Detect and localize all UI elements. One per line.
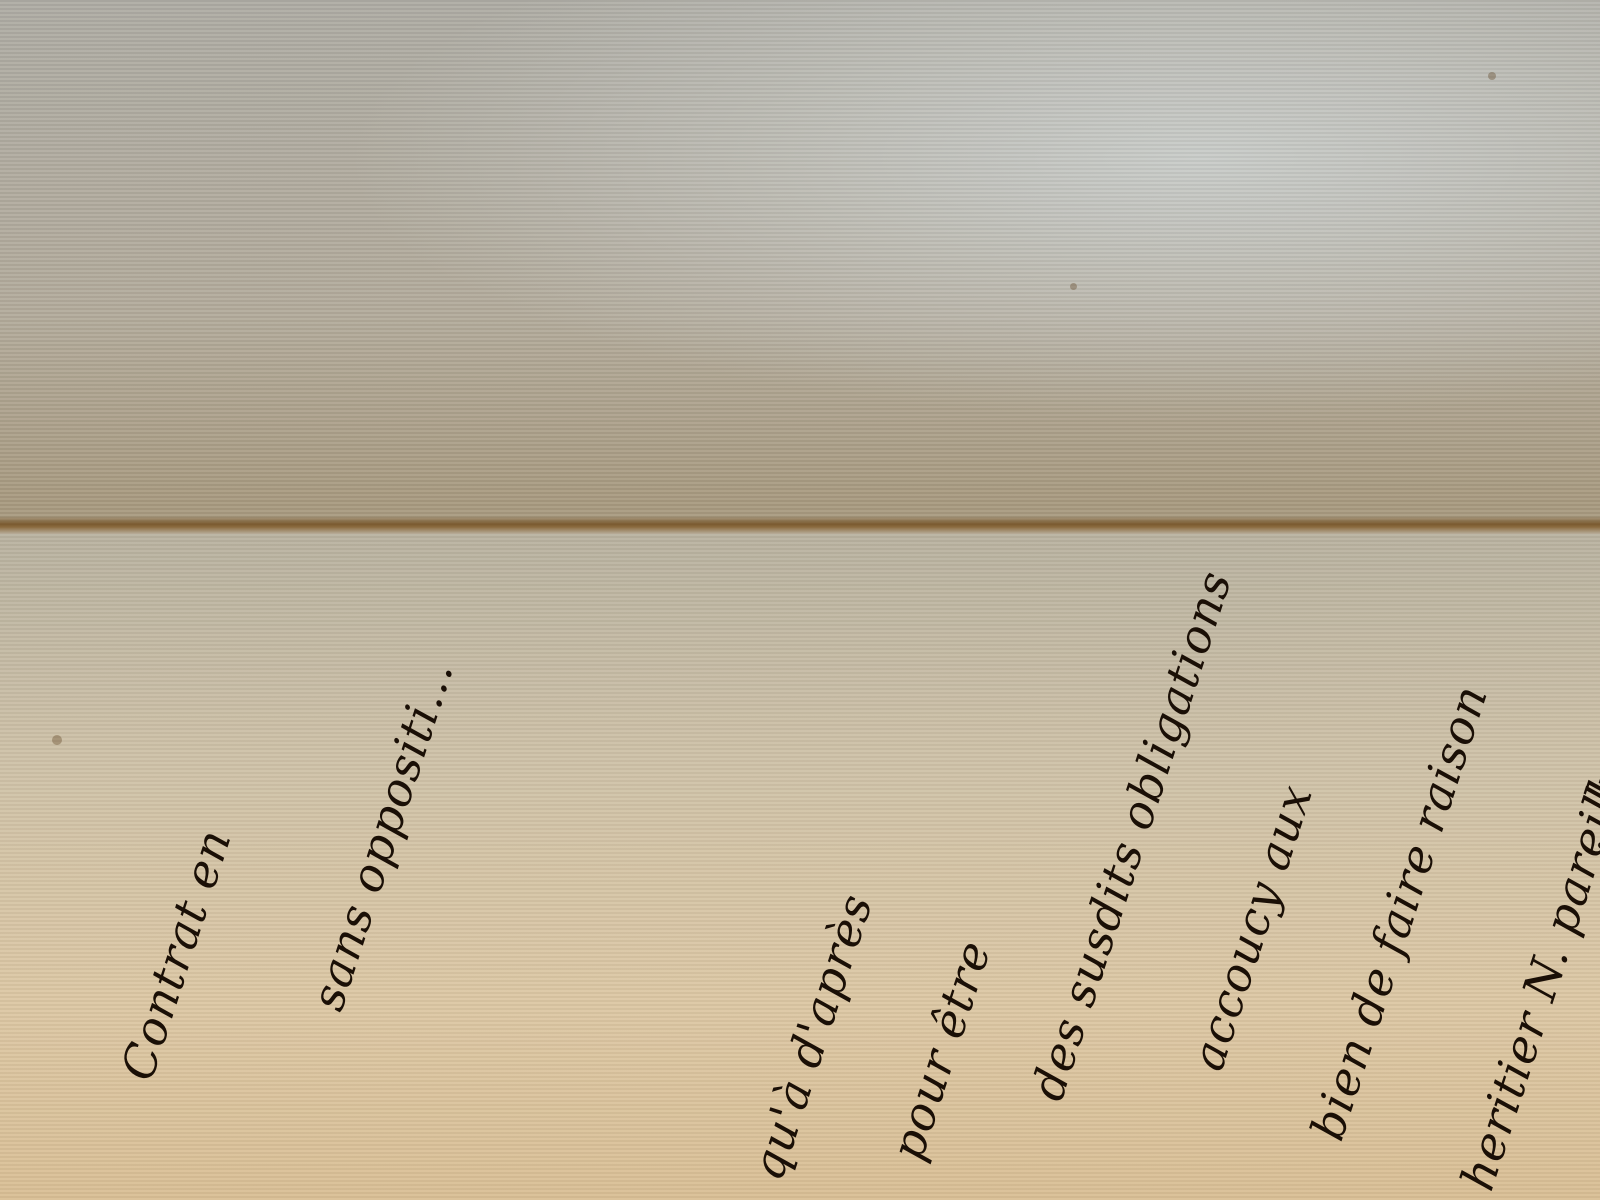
ink-spot (52, 735, 62, 745)
ink-spot (1070, 283, 1077, 290)
paper-fold-crease (0, 516, 1600, 534)
paper-upper-half (0, 0, 1600, 528)
ink-spot (1488, 72, 1496, 80)
